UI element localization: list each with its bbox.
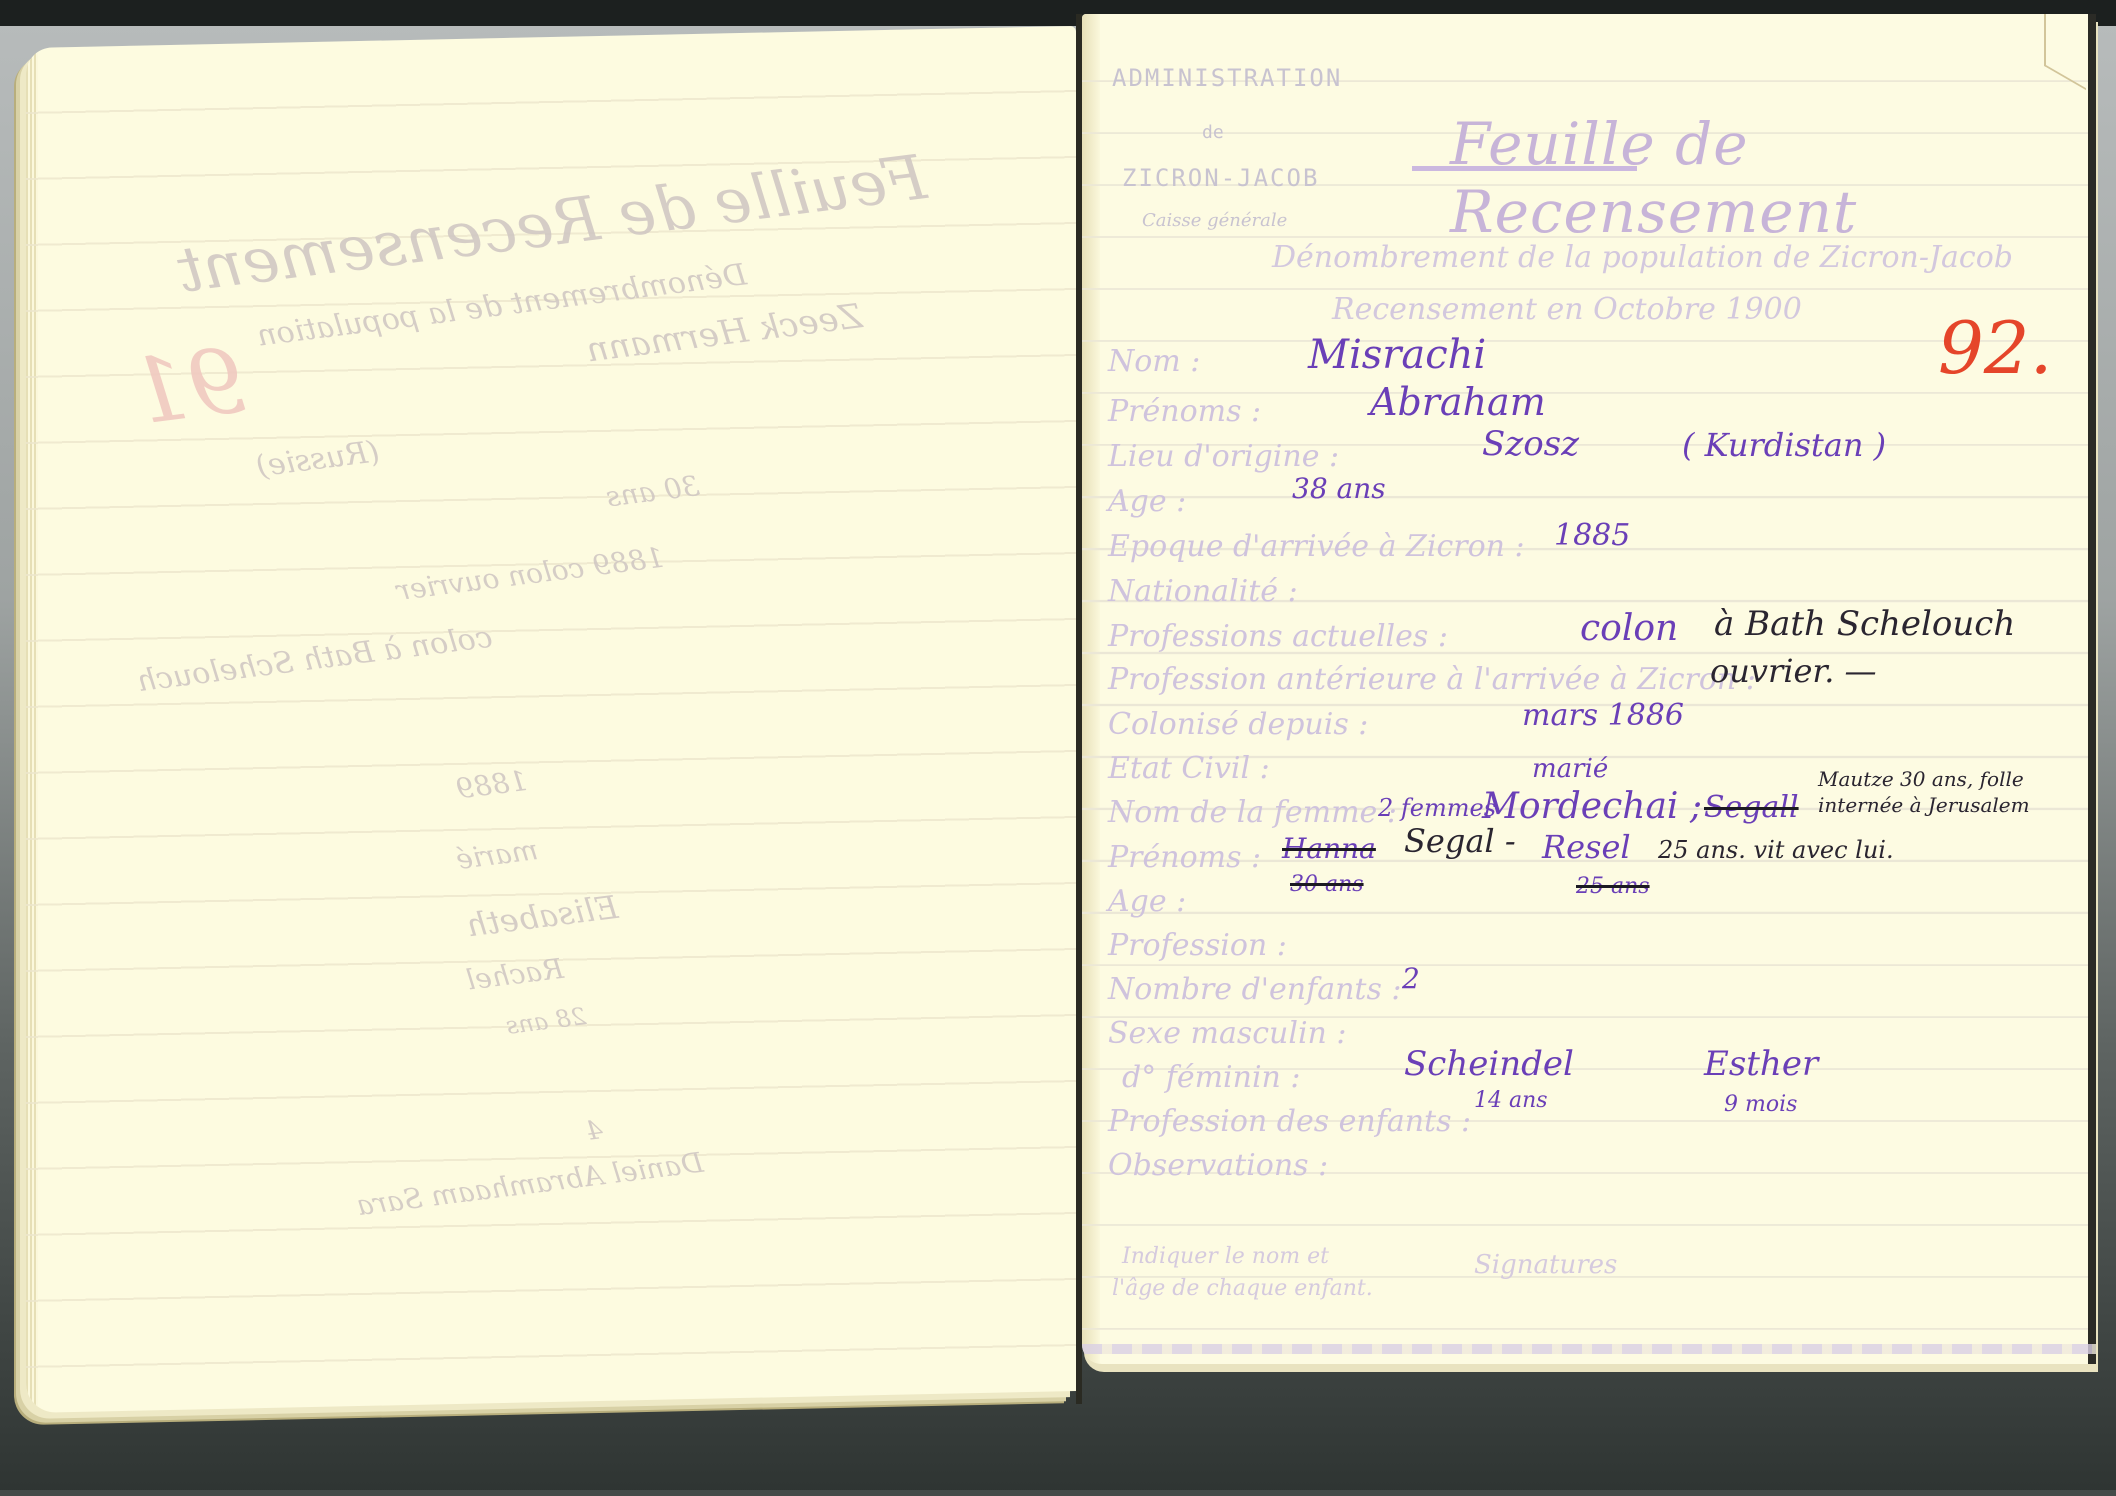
value-prenom-femme-struck: Hanna xyxy=(1282,832,1376,865)
label-etat-civil: Etat Civil : xyxy=(1108,751,1270,786)
footer-instruction-line2: l'âge de chaque enfant. xyxy=(1112,1276,1373,1301)
scanner-bottom-border xyxy=(0,1490,2116,1496)
footer-signatures: Signatures xyxy=(1474,1250,1617,1280)
label-age: Age : xyxy=(1108,484,1186,519)
value-prenom-femme-resel: Resel xyxy=(1542,828,1631,866)
label-sexe-masculin: Sexe masculin : xyxy=(1108,1016,1347,1051)
value-lieu-origine-region: ( Kurdistan ) xyxy=(1682,426,1886,464)
label-epoque-arrivee: Epoque d'arrivée à Zicron : xyxy=(1108,529,1525,564)
label-observations: Observations : xyxy=(1108,1148,1328,1183)
child-2-name: Esther xyxy=(1704,1044,1818,1084)
value-nom-femme-struck: Segall xyxy=(1704,790,1799,825)
value-nom-femme: Mordechai ; xyxy=(1482,786,1702,827)
value-nombre-femmes: 2 femmes xyxy=(1378,794,1496,822)
label-lieu-origine: Lieu d'origine : xyxy=(1108,439,1339,474)
value-profession-lieu: à Bath Schelouch xyxy=(1714,604,2015,644)
label-colonise-depuis: Colonisé depuis : xyxy=(1108,707,1368,742)
value-lieu-origine: Szosz xyxy=(1482,424,1579,464)
label-profession: Profession : xyxy=(1108,928,1287,963)
value-prenom-femme-segal: Segal - xyxy=(1404,822,1516,860)
child-1-age: 14 ans xyxy=(1474,1088,1548,1113)
value-age-femme-struck-1: 30 ans xyxy=(1290,872,1364,897)
bleed-through-record-number: 91 xyxy=(126,328,251,447)
label-nom-femme: Nom de la femme : xyxy=(1108,795,1397,830)
label-nationalite: Nationalité : xyxy=(1108,574,1298,609)
footer-instruction-line1: Indiquer le nom et xyxy=(1122,1244,1329,1269)
value-etat-civil: marié xyxy=(1532,754,1608,784)
value-profession-anterieure: ouvrier. — xyxy=(1710,652,1877,690)
value-nombre-enfants: 2 xyxy=(1402,962,1420,995)
label-age-femme: Age : xyxy=(1108,884,1186,919)
right-page-census-form: ADMINISTRATION de ZICRON-JACOB Caisse gé… xyxy=(1082,14,2096,1364)
header-de: de xyxy=(1202,122,1224,143)
value-nom: Misrachi xyxy=(1308,332,1486,378)
label-profession-anterieure: Profession antérieure à l'arrivée à Zicr… xyxy=(1108,662,1756,697)
value-epoque-arrivee: 1885 xyxy=(1554,518,1630,553)
record-number: 92. xyxy=(1938,306,2053,390)
title-underline xyxy=(1412,166,1637,171)
left-page: Feuille de Recensement Dénombrement de l… xyxy=(26,26,1076,1413)
value-colonise-depuis: mars 1886 xyxy=(1522,698,1684,733)
header-colony: ZICRON-JACOB xyxy=(1122,164,1319,192)
label-professions-actuelles: Professions actuelles : xyxy=(1108,619,1448,654)
label-profession-enfants: Profession des enfants : xyxy=(1108,1104,1471,1139)
bleed-through-children-count: 4 xyxy=(584,1115,604,1147)
value-age-femme-struck-2: 25 ans xyxy=(1576,874,1650,899)
value-profession-actuelle: colon xyxy=(1580,608,1678,649)
label-prenoms-femme: Prénoms : xyxy=(1108,840,1261,875)
label-prenoms: Prénoms : xyxy=(1108,394,1261,429)
form-subtitle-line2: Recensement en Octobre 1900 xyxy=(1332,292,1802,327)
label-feminin: d° féminin : xyxy=(1122,1060,1301,1095)
child-1-name: Scheindel xyxy=(1404,1044,1574,1084)
value-prenoms: Abraham xyxy=(1370,380,1546,424)
page-bottom-stamp-band xyxy=(1082,1344,2096,1354)
form-subtitle-line1: Dénombrement de la population de Zicron-… xyxy=(1272,240,2013,275)
note-deuxieme-femme: 25 ans. vit avec lui. xyxy=(1658,836,1894,864)
form-title: Feuille de Recensement xyxy=(1450,110,2096,246)
header-caisse: Caisse générale xyxy=(1142,210,1287,231)
header-administration: ADMINISTRATION xyxy=(1112,64,1342,92)
child-2-age: 9 mois xyxy=(1724,1092,1797,1117)
label-nombre-enfants: Nombre d'enfants : xyxy=(1108,972,1402,1007)
value-age: 38 ans xyxy=(1292,472,1386,505)
label-nom: Nom : xyxy=(1108,344,1200,379)
note-premiere-femme: Mautze 30 ans, folle internée à Jerusale… xyxy=(1818,766,2088,818)
